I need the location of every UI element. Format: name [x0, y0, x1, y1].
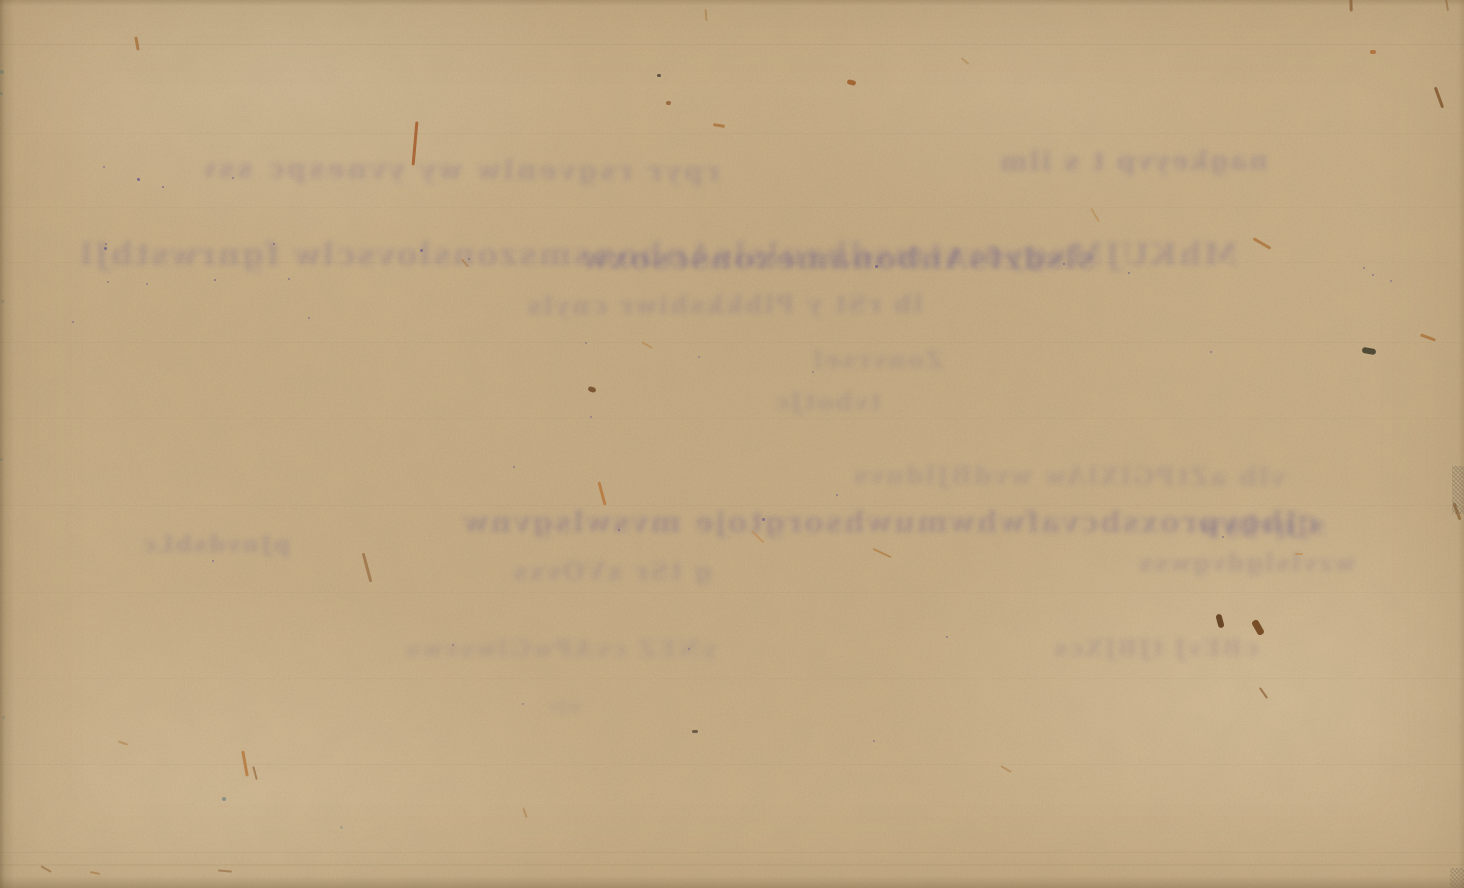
ink-speck	[2, 716, 5, 719]
ink-speck	[1390, 280, 1392, 282]
ink-speck	[1363, 267, 1365, 269]
ink-speck	[232, 177, 234, 179]
ink-speck	[162, 186, 164, 188]
ink-speck	[340, 826, 343, 829]
ink-speck	[1222, 536, 1224, 538]
ink-speck	[1063, 263, 1065, 265]
ink-speck	[1, 300, 4, 303]
paper-fiber	[461, 259, 469, 268]
paper-fiber	[218, 869, 232, 872]
paper-fiber	[961, 57, 970, 65]
ink-speck	[137, 178, 140, 181]
ink-speck	[875, 265, 878, 268]
paper-fiber	[252, 766, 258, 780]
ghost-text-band: Zonvrsel	[678, 347, 943, 374]
scan-streak	[0, 342, 1464, 343]
paper-fiber	[1434, 87, 1444, 109]
ink-speck	[72, 321, 74, 323]
ghost-text-band: sJqvlww	[1180, 512, 1325, 541]
ink-speck	[103, 166, 105, 168]
ink-speck	[105, 243, 107, 245]
scanned-document-page: rpyr rsgvenlw wy yvnespc sswnagkeyvp t s…	[0, 0, 1464, 888]
scan-streak	[0, 207, 1464, 208]
ghost-text-band: yNEZ cvAPwGlwsvws	[296, 636, 716, 663]
paper-fiber	[412, 121, 419, 165]
paper-fiber	[752, 531, 765, 544]
paper-fiber	[134, 36, 139, 50]
ink-speck	[420, 249, 423, 252]
ghost-text-band: nagkeyvp t s ilm	[943, 147, 1268, 178]
scan-streak	[0, 764, 1464, 765]
scan-streak	[0, 852, 1464, 853]
ink-speck	[214, 279, 216, 281]
paper-fiber	[1420, 333, 1436, 341]
ink-speck	[698, 356, 700, 358]
paper-fiber	[1453, 503, 1462, 521]
ghost-text-band: wzvlslgdvgwss	[1040, 550, 1355, 577]
paper-fiber	[713, 123, 725, 128]
ink-speck	[0, 92, 3, 95]
paper-grain-texture	[0, 0, 1464, 888]
ink-speck	[590, 416, 592, 418]
scan-streak	[0, 592, 1464, 593]
ink-speck	[585, 342, 587, 344]
ink-speck	[836, 494, 838, 496]
scan-streak	[0, 44, 1464, 45]
ink-speck	[288, 278, 290, 280]
paper-fiber	[704, 9, 707, 21]
ink-speck	[0, 70, 4, 74]
ghost-text-band: cJbgyproxsbcvafwhwmuwhsorgtoje mvswlsgvn…	[428, 506, 1318, 538]
ghost-text-band: cBEvJ tJBJXcs	[953, 636, 1258, 662]
moire-scan-artifact	[1452, 466, 1464, 514]
paper-fiber	[1370, 50, 1376, 54]
paper-fiber	[1259, 687, 1268, 699]
paper-fiber	[1445, 0, 1449, 11]
ghost-text-band: vlb aZtPGlXlAw wvdBJlduvs	[620, 460, 1285, 491]
ink-speck	[222, 797, 226, 801]
scan-streak	[0, 418, 1464, 419]
ghost-text-band: tvbotJc	[686, 389, 881, 416]
paper-fiber	[666, 101, 671, 105]
paper-fiber	[587, 386, 596, 393]
paper-fiber	[847, 79, 857, 86]
ink-speck	[873, 740, 875, 742]
ink-speck	[212, 560, 214, 562]
ink-speck	[946, 636, 948, 638]
paper-fiber	[1295, 553, 1303, 555]
paper-fiber	[90, 871, 100, 875]
ghost-text-band: slsdzfsAnbonamexonscsoxw	[470, 243, 1095, 277]
paper-fiber	[40, 865, 51, 873]
scan-streak	[0, 505, 1464, 506]
ink-speck	[812, 371, 814, 373]
paper-fiber	[1253, 237, 1272, 250]
ghost-text-band: g tSr xVOvxs	[432, 558, 712, 586]
ink-speck	[522, 703, 524, 705]
ink-speck	[452, 644, 454, 646]
ghost-text-band: pJnvdsbLc	[110, 532, 290, 558]
paper-fiber	[522, 808, 527, 818]
paper-fiber	[597, 482, 606, 506]
ink-speck	[308, 317, 310, 319]
paper-fiber	[1251, 619, 1265, 636]
ink-speck	[1210, 351, 1212, 353]
ink-speck	[513, 466, 515, 468]
paper-fiber	[118, 740, 128, 745]
ghost-text-band: wjv	[512, 697, 582, 717]
paper-fiber	[1215, 613, 1224, 628]
ink-speck	[1372, 274, 1374, 276]
ink-speck	[273, 243, 275, 245]
ghost-text-band: rpyr rsgvenlw wy yvnespc ssw	[205, 154, 720, 188]
ink-speck	[1128, 272, 1130, 274]
paper-fiber	[1349, 0, 1353, 12]
paper-surface: rpyr rsgvenlw wy yvnespc sswnagkeyvp t s…	[0, 0, 1464, 888]
moire-scan-artifact	[1450, 868, 1464, 888]
ink-speck	[107, 281, 109, 283]
paper-fiber	[692, 730, 698, 733]
scan-streak	[0, 864, 1464, 866]
paper-fiber	[657, 74, 661, 77]
paper-fiber	[1000, 765, 1011, 773]
paper-fiber	[641, 341, 652, 349]
scan-streak	[0, 678, 1464, 679]
ink-speck	[688, 648, 690, 650]
ghost-text-band: lb rSt y Plbkkshiwr cnyls	[268, 290, 923, 321]
ink-speck	[762, 518, 765, 521]
paper-fiber	[1090, 208, 1100, 223]
scan-streak	[0, 133, 1464, 134]
paper-fiber	[873, 548, 892, 558]
paper-fiber	[362, 553, 373, 583]
ghost-text-band: MhKUJMsgyovstmsdhzulslsAnbonsmszonslovsc…	[78, 238, 1238, 273]
ink-speck	[104, 247, 107, 250]
ink-speck	[468, 258, 470, 260]
paper-fiber	[241, 750, 248, 776]
paper-fiber	[1362, 347, 1377, 355]
ink-speck	[0, 458, 3, 461]
ink-speck	[618, 529, 620, 531]
scan-streak	[0, 262, 1464, 263]
ink-speck	[146, 283, 148, 285]
